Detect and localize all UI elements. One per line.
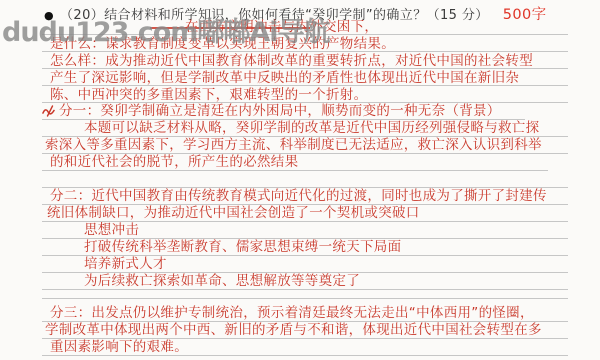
ruled-empty-line (42, 172, 568, 188)
answer-line-8: 索深入等多重因素下，学习西方主流、科举制度已无法适应，救亡深入认识到科举 (42, 138, 568, 154)
exam-answer-document: ●（20）结合材料和所学知识，你如何看待“癸卯学制”的确立？（15 分）500字… (0, 0, 600, 360)
answer-line-12: 统旧体制缺口，为推动近代中国社会创造了一个契机或突破口 (42, 206, 568, 222)
answer-line-9: 的和近代社会的脱节，所产生的必然结果 (42, 155, 548, 171)
answer-line-11: 分二：近代中国教育由传统教育模式向近代化的过渡，同时也成为了撕开了封建传 (42, 189, 568, 205)
answer-line-20: 重因素影响下的艰难。 (42, 340, 568, 356)
answer-line-13: 思想冲击 (42, 223, 568, 239)
answer-line-3: 怎么样：成为推动近代中国教育体制改革的重要转折点，对近代中国的社会转型 (42, 54, 568, 69)
answer-line-4: 产生了深远影响，但是学制改革中反映出的矛盾性也体现出近代中国在新旧杂 (42, 71, 568, 86)
answer-line-14: 打破传统科举垄断教育、儒家思想束缚一统天下局面 (42, 240, 568, 256)
answer-line-18: 分三：出发点仍以维护专制统治，预示着清廷最终无法走出“中体西用”的怪圈， (42, 306, 568, 322)
pen-mark-icon (42, 105, 57, 121)
answer-line-19: 学制改革中体现出两个中西、新旧的矛盾与不和谐，体现出近代中国社会转型在多 (42, 323, 568, 339)
answer-line-16: 为后续救亡探索如革命、思想解放等等奠定了 (42, 274, 568, 290)
answer-line-5: 陈、中西冲突的多重因素下，艰难转型的一个折射。 (42, 88, 568, 103)
answer-text: 分一：癸卯学制确立是清廷在内外困局中，顺势而变的一种无奈（背景） (59, 103, 501, 119)
watermark: dudu123.com嘟嘟Ai导航 (2, 10, 330, 49)
answer-line-6: 分一：癸卯学制确立是清廷在内外困局中，顺势而变的一种无奈（背景） (42, 104, 525, 120)
answer-line-7: 本题可以缺乏材料从略，癸卯学制的改革是近代中国历经列强侵略与救亡探 (42, 121, 568, 137)
answer-line-15: 培养新式人才 (42, 257, 568, 273)
ruled-empty-line (42, 291, 568, 299)
